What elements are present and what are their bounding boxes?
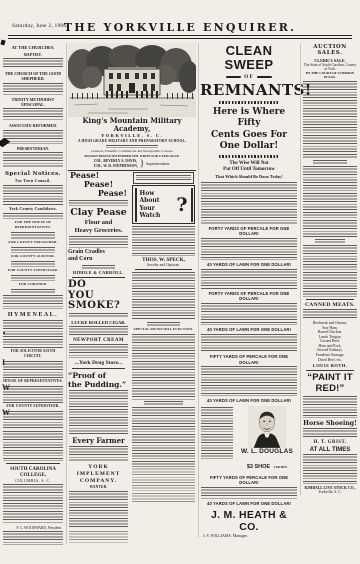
divider-rule (6, 463, 60, 464)
church-heading: PRESBYTERIAN. (2, 146, 64, 151)
print-texture (132, 226, 195, 256)
print-texture (315, 239, 346, 243)
grain-heading: and Corn (68, 256, 129, 263)
hatch-ornament (219, 155, 280, 158)
church-heading: ASSOCIATE REFORMED. (2, 123, 64, 128)
drug-store-heading: ...York Drug Store... (68, 360, 129, 366)
print-texture (3, 484, 63, 524)
dash-ornament (226, 76, 241, 78)
academy-line: SESSION BEGINS SEPTEMBER 5TH. WRITE FOR … (68, 154, 196, 158)
grist-signature: H. T. GRIST. (302, 440, 358, 445)
watch-ad-line: How (140, 190, 161, 198)
print-texture (69, 326, 128, 336)
watch-ad-line: Watch (140, 212, 161, 220)
hatch-ornament (219, 101, 280, 104)
bargain-heading: FORTY YARDS OF PERCALE FOR ONE DOLLAR! (200, 226, 298, 237)
column-local-ads: Pease! Pease! Pease! Clay Pease Flour an… (68, 171, 129, 544)
print-texture (201, 366, 297, 396)
print-texture (69, 200, 128, 206)
print-texture (144, 401, 183, 405)
print-texture (3, 531, 63, 545)
announcement-heading: FOR COUNTY SUPERVISOR. (2, 404, 64, 409)
print-texture (303, 454, 357, 484)
candidate-group-heading: FOR COUNTY AUDITOR. (2, 254, 64, 259)
meat-item: Dried Beef, etc. (302, 358, 358, 363)
church-heading: BAPTIST. (2, 52, 64, 57)
print-texture (69, 531, 128, 543)
column-layout: AT THE CHURCHES. BAPTIST. THE CHURCH OF … (0, 41, 360, 547)
hymeneal-heading: HYMENEAL. (2, 312, 64, 318)
watch-ad-line: About (140, 197, 161, 205)
page-header: Saturday, June 2, 1906. THE YORKVILLE EN… (0, 21, 360, 41)
newspaper-page: Saturday, June 2, 1906. THE YORKVILLE EN… (0, 0, 360, 564)
announcement-paragraph: I (2, 359, 64, 379)
divider-rule (72, 277, 125, 278)
bargain-heading: 40 YARDS OF LAWN FOR ONE DOLLAR! (200, 262, 298, 267)
douglas-shoe-line: $3 SHOE FOR MEN (236, 455, 298, 473)
watch-ad-line: Your (140, 205, 161, 213)
print-texture (69, 390, 128, 434)
speck-jeweler-title: Jeweler and Optician. (131, 263, 196, 267)
print-texture (3, 320, 63, 348)
fifty-cents-line: Here is Where Fifty (200, 107, 298, 130)
riddle-carroll-signature: RIDDLE & CARROLL. (68, 270, 129, 275)
flour-heading: Heavy Groceries. (68, 227, 129, 235)
bargain-heading: 40 YARDS OF LAWN FOR ONE DOLLAR! (200, 327, 298, 332)
print-texture (69, 344, 128, 358)
bargain-heading: FORTY YARDS OF PERCALE FOR ONE DOLLAR! (200, 291, 298, 302)
superintendents-label: Superintendents. (146, 162, 170, 166)
canned-meats-heading: CANNED MEATS. (302, 302, 358, 308)
print-texture (3, 152, 63, 168)
douglas-for-men: FOR MEN (274, 466, 287, 469)
smoke-ad-line: SMOKE? (68, 301, 129, 312)
academy-engraving (68, 43, 196, 117)
candidates-heading: York County Candidates. (2, 206, 64, 211)
candidate-group-heading: FOR THE HOUSE OF REPRESENTATIVES. (2, 220, 64, 230)
print-texture (303, 245, 357, 297)
divider-rule (306, 299, 354, 300)
clay-pease-heading: Clay Pease (68, 207, 129, 218)
superintendent-name: COL. W. D. STEPHENSON, (94, 164, 138, 169)
implement-line: YORK (68, 464, 129, 471)
print-texture (3, 386, 63, 403)
douglas-portrait (248, 406, 286, 448)
column-auction-sales: AUCTION SALES. CLERK'S SALE. The State o… (300, 43, 358, 495)
announcement-heading: FOR SOLICITOR SIXTH CIRCUIT. (2, 349, 64, 359)
academy-ad: King's Mountain Military Academy, YORKVI… (68, 43, 196, 172)
print-texture (136, 179, 191, 182)
print-texture (82, 265, 116, 269)
implement-line: COMPANY. (68, 478, 129, 485)
print-texture (303, 81, 357, 159)
print-texture (3, 108, 63, 121)
print-texture (69, 491, 128, 529)
print-texture (136, 175, 191, 178)
print-texture (11, 275, 56, 281)
proof-pudding-heading: “Proof of (68, 371, 129, 380)
print-texture (313, 160, 347, 164)
pease-line: Pease! (68, 189, 129, 198)
print-texture (11, 261, 56, 267)
print-texture (3, 411, 63, 428)
print-texture (3, 213, 63, 219)
proof-pudding-heading: the Pudding.” (68, 380, 129, 389)
candidate-group-heading: FOR COUNTY TREASURER. (2, 240, 64, 245)
fifty-cents-line: Cents Goes For (200, 130, 298, 142)
print-texture (3, 83, 63, 95)
remnants-heading: REMNANTS! (200, 82, 298, 99)
churches-title: AT THE CHURCHES. (2, 45, 64, 50)
york-implement-heading: YORK IMPLEMENT COMPANY. (68, 464, 129, 484)
election-notice-heading: SPECIAL MUNICIPAL ELECTION. (131, 327, 196, 332)
wanted-heading: WANTED. (68, 485, 129, 490)
special-notices-title: Special Notices. (2, 171, 64, 177)
bargain-heading: FIFTY YARDS OF PERCALE FOR ONE DOLLAR! (200, 354, 298, 365)
divider-rule (135, 269, 192, 270)
print-texture (69, 446, 128, 462)
print-texture (106, 145, 157, 148)
academy-superintendents: COL. BEVERLY A. DAVIS, COL. W. D. STEPHE… (68, 159, 196, 168)
douglas-shoe-section: W. L. DOUGLAS $3 SHOE FOR MEN (200, 406, 298, 473)
print-texture (132, 272, 195, 320)
column-churches-notices: AT THE CHURCHES. BAPTIST. THE CHURCH OF … (2, 43, 64, 547)
college-ad-place: COLUMBIA, S. C. (2, 479, 64, 483)
print-texture (3, 185, 63, 205)
middle-columns: King's Mountain Military Academy, YORKVI… (66, 43, 196, 544)
church-heading: TRINITY METHODIST EPISCOPAL. (2, 97, 64, 107)
print-texture (303, 309, 357, 319)
newport-cream-heading: NEWPORT CREAM (68, 338, 129, 343)
academy-line: A HIGH GRADE MILITARY AND PREPARATORY SC… (68, 139, 196, 144)
superintendent-name: COL. BEVERLY A. DAVIS, (94, 159, 138, 164)
auction-sales-heading: AUCTION SALES. (302, 44, 358, 56)
paint-it-red-heading: “PAINT IT RED!” (302, 373, 358, 394)
print-texture (69, 313, 128, 318)
print-texture (147, 322, 179, 326)
lucke-cigar-heading: LUCKE ROLLED CIGAR. (68, 320, 129, 325)
town-council-heading: For Town Council. (2, 178, 64, 183)
print-texture (3, 130, 63, 144)
print-texture (201, 334, 297, 352)
implement-line: IMPLEMENT (68, 471, 129, 478)
announcement-paragraph: W (2, 384, 64, 404)
brace-glyph: } (140, 159, 144, 168)
print-texture (3, 58, 63, 69)
divider-rule (306, 370, 354, 371)
print-texture (201, 407, 233, 459)
print-texture (201, 303, 297, 325)
question-mark-glyph: ? (176, 197, 187, 213)
print-texture (3, 295, 63, 309)
print-texture (201, 487, 297, 499)
flour-heading: Flour and (68, 219, 129, 227)
print-texture (11, 289, 56, 294)
print-texture (201, 269, 297, 289)
every-farmer-heading: Every Farmer (68, 436, 129, 445)
print-texture (201, 238, 297, 260)
print-texture (3, 361, 63, 378)
heath-firm-name: J. M. HEATH & CO. (200, 509, 298, 533)
church-heading: THE CHURCH OF THE GOOD SHEPHERD. (2, 71, 64, 81)
live-stock-place: Yorkville, S. C. (302, 490, 358, 495)
candidate-group-heading: FOR CORONER. (2, 282, 64, 287)
small-notice-box (133, 172, 194, 184)
of-ornament-row: OF (200, 74, 298, 80)
print-texture (132, 466, 195, 502)
at-all-times-heading: AT ALL TIMES (302, 447, 358, 453)
print-texture (69, 236, 128, 248)
print-texture (132, 407, 195, 465)
print-texture (3, 431, 63, 461)
academy-name: King's Mountain Military Academy, (68, 117, 196, 133)
court-line: BY THE COURT OF COMMON PLEAS. (302, 71, 358, 79)
heath-remnants-ad: CLEAN SWEEP OF REMNANTS! Here is Where F… (198, 43, 298, 538)
college-signature: F. C. WOODWARD, President. (2, 526, 64, 530)
announcement-paragraph: W (2, 409, 64, 429)
college-ad-title: SOUTH CAROLINA COLLEGE, (2, 467, 64, 479)
divider-rule (72, 368, 125, 369)
fifty-cents-line: One Dollar! (200, 141, 298, 153)
print-texture (132, 334, 195, 400)
column-classifieds: How About Your Watch ? THOS. W. SPECK, J… (131, 171, 196, 544)
print-texture (11, 232, 56, 239)
print-texture (11, 247, 56, 253)
wise-line: That Which Should Be Done Today! (200, 174, 298, 180)
douglas-price: $3 SHOE (247, 464, 270, 470)
print-texture (303, 166, 357, 238)
of-label: OF (244, 74, 254, 80)
masthead-title: THE YORKVILLE ENQUIRER. (6, 21, 354, 35)
louis-roth-signature: LOUIS ROTH. (302, 363, 358, 368)
grain-heading: Grain Cradles (68, 249, 129, 256)
heath-manager: J. S. WILLIAMS, Manager. (200, 533, 298, 538)
paint-line: RED!” (302, 384, 358, 395)
douglas-name: W. L. DOUGLAS (236, 448, 298, 455)
candidate-group-heading: FOR COUNTY SUPERVISOR. (2, 268, 64, 273)
masthead-rule (8, 35, 352, 39)
dash-ornament (257, 76, 272, 78)
print-texture (303, 428, 357, 438)
print-texture (303, 396, 357, 418)
bargain-heading: 40 YARDS OF LAWN FOR ONE DOLLAR! (200, 501, 298, 506)
announcement-heading: HOUSE OF REPRESENTATIVES. (2, 379, 64, 384)
bargain-heading: FIFTY YARDS OF PERCALE FOR ONE DOLLAR! (200, 475, 298, 486)
print-texture (201, 182, 297, 224)
clean-sweep-heading: CLEAN SWEEP (200, 44, 298, 72)
watch-ad: How About Your Watch ? (132, 185, 195, 224)
horse-shoeing-heading: Horse Shoeing! (302, 420, 358, 427)
bargain-heading: 40 YARDS OF LAWN FOR ONE DOLLAR! (200, 398, 298, 403)
